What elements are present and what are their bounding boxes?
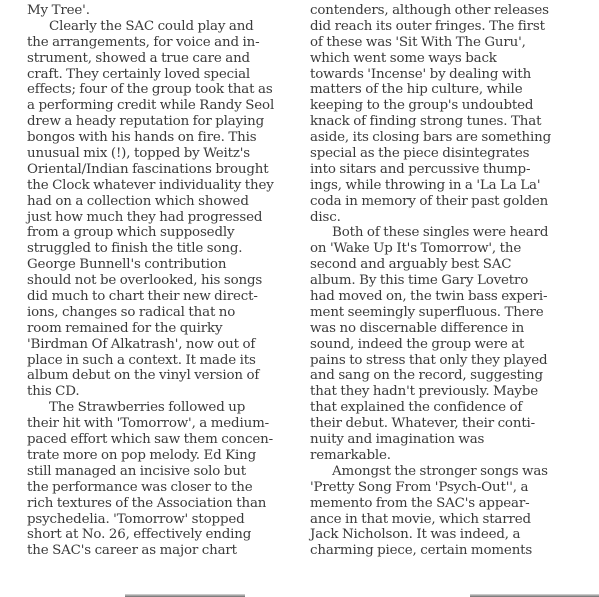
text-line: aside, its closing bars are something bbox=[310, 130, 578, 146]
text-line: drew a heady reputation for playing bbox=[27, 114, 299, 130]
document-page: My Tree'.Clearly the SAC could play andt… bbox=[0, 0, 599, 597]
text-line: trate more on pop melody. Ed King bbox=[27, 448, 299, 464]
text-line: keeping to the group's undoubted bbox=[310, 98, 578, 114]
text-line: from a group which supposedly bbox=[27, 225, 299, 241]
text-line: contenders, although other releases bbox=[310, 3, 578, 19]
text-line: should not be overlooked, his songs bbox=[27, 273, 299, 289]
text-line: short at No. 26, effectively ending bbox=[27, 527, 299, 543]
text-line: Amongst the stronger songs was bbox=[310, 464, 578, 480]
text-line: Both of these singles were heard bbox=[310, 225, 578, 241]
text-line: album. By this time Gary Lovetro bbox=[310, 273, 578, 289]
text-line: ment seemingly superfluous. There bbox=[310, 305, 578, 321]
text-line: the performance was closer to the bbox=[27, 480, 299, 496]
text-line: matters of the hip culture, while bbox=[310, 82, 578, 98]
text-line: did reach its outer fringes. The first bbox=[310, 19, 578, 35]
text-line: Jack Nicholson. It was indeed, a bbox=[310, 527, 578, 543]
text-line: album debut on the vinyl version of bbox=[27, 368, 299, 384]
text-line: just how much they had progressed bbox=[27, 210, 299, 226]
text-line: disc. bbox=[310, 210, 578, 226]
text-line: Oriental/Indian fascinations brought bbox=[27, 162, 299, 178]
text-line: that explained the confidence of bbox=[310, 400, 578, 416]
text-line: which went some ways back bbox=[310, 51, 578, 67]
text-line: nuity and imagination was bbox=[310, 432, 578, 448]
text-line: rich textures of the Association than bbox=[27, 496, 299, 512]
text-line: ance in that movie, which starred bbox=[310, 512, 578, 528]
text-line: and sang on the record, suggesting bbox=[310, 368, 578, 384]
text-line: place in such a context. It made its bbox=[27, 353, 299, 369]
text-line: a performing credit while Randy Seol bbox=[27, 98, 299, 114]
text-line: The Strawberries followed up bbox=[27, 400, 299, 416]
text-line: that they hadn't previously. Maybe bbox=[310, 384, 578, 400]
text-line: second and arguably best SAC bbox=[310, 257, 578, 273]
text-line: craft. They certainly loved special bbox=[27, 67, 299, 83]
text-line: memento from the SAC's appear- bbox=[310, 496, 578, 512]
text-line: ions, changes so radical that no bbox=[27, 305, 299, 321]
text-line: towards 'Incense' by dealing with bbox=[310, 67, 578, 83]
text-line: the SAC's career as major chart bbox=[27, 543, 299, 559]
text-line: ings, while throwing in a 'La La La' bbox=[310, 178, 578, 194]
text-line: effects; four of the group took that as bbox=[27, 82, 299, 98]
text-line: pains to stress that only they played bbox=[310, 353, 578, 369]
text-line: sound, indeed the group were at bbox=[310, 337, 578, 353]
text-line: into sitars and percussive thump- bbox=[310, 162, 578, 178]
text-line: strument, showed a true care and bbox=[27, 51, 299, 67]
text-column-right: contenders, although other releasesdid r… bbox=[310, 3, 578, 559]
text-line: 'Pretty Song From 'Psych-Out'', a bbox=[310, 480, 578, 496]
text-line: struggled to finish the title song. bbox=[27, 241, 299, 257]
text-line: was no discernable difference in bbox=[310, 321, 578, 337]
text-line: coda in memory of their past golden bbox=[310, 194, 578, 210]
text-line: Clearly the SAC could play and bbox=[27, 19, 299, 35]
text-line: psychedelia. 'Tomorrow' stopped bbox=[27, 512, 299, 528]
text-line: unusual mix (!), topped by Weitz's bbox=[27, 146, 299, 162]
text-line: this CD. bbox=[27, 384, 299, 400]
text-line: George Bunnell's contribution bbox=[27, 257, 299, 273]
text-line: had moved on, the twin bass experi- bbox=[310, 289, 578, 305]
text-line: 'Birdman Of Alkatrash', now out of bbox=[27, 337, 299, 353]
text-line: room remained for the quirky bbox=[27, 321, 299, 337]
text-line: had on a collection which showed bbox=[27, 194, 299, 210]
text-line: paced effort which saw them concen- bbox=[27, 432, 299, 448]
text-line: My Tree'. bbox=[27, 3, 299, 19]
text-line: their debut. Whatever, their conti- bbox=[310, 416, 578, 432]
text-line: their hit with 'Tomorrow', a medium- bbox=[27, 416, 299, 432]
text-line: the arrangements, for voice and in- bbox=[27, 35, 299, 51]
text-line: remarkable. bbox=[310, 448, 578, 464]
text-line: on 'Wake Up It's Tomorrow', the bbox=[310, 241, 578, 257]
text-line: charming piece, certain moments bbox=[310, 543, 578, 559]
text-line: of these was 'Sit With The Guru', bbox=[310, 35, 578, 51]
text-column-left: My Tree'.Clearly the SAC could play andt… bbox=[27, 3, 299, 559]
text-line: special as the piece disintegrates bbox=[310, 146, 578, 162]
text-line: bongos with his hands on fire. This bbox=[27, 130, 299, 146]
text-line: knack of finding strong tunes. That bbox=[310, 114, 578, 130]
text-line: the Clock whatever individuality they bbox=[27, 178, 299, 194]
text-line: did much to chart their new direct- bbox=[27, 289, 299, 305]
text-line: still managed an incisive solo but bbox=[27, 464, 299, 480]
